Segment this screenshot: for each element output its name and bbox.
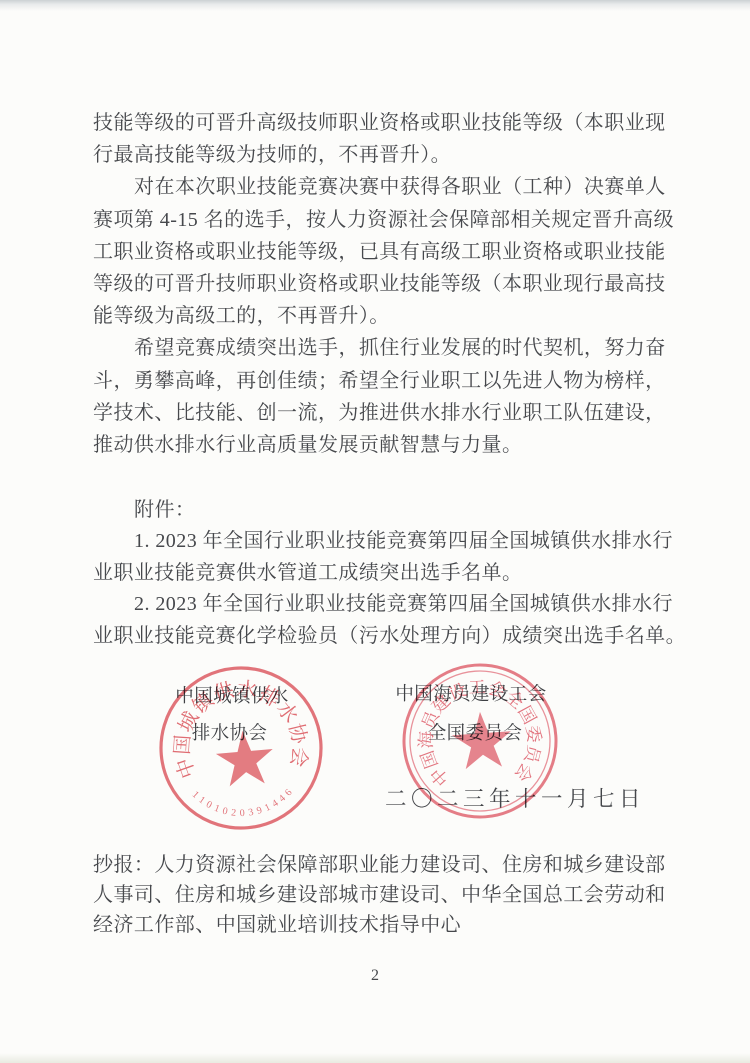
attachment-list: 附件： 1. 2023 年全国行业职业技能竞赛第四届全国城镇供水排水行 业职业技… — [93, 495, 693, 652]
cc-line: 人事司、住房和城乡建设部城市建设司、中华全国总工会劳动和 — [93, 880, 683, 910]
page-number: 2 — [340, 967, 410, 985]
left-red-seal-stamp-icon: 中国城镇供水排水协会 1101020391446 — [143, 650, 338, 845]
body-line: 对在本次职业技能竞赛决赛中获得各职业（工种）决赛单人 — [93, 171, 683, 203]
body-line: 斗，勇攀高峰，再创佳绩；希望全行业职工以先进人物为榜样， — [93, 365, 683, 397]
body-line: 赛项第 4-15 名的选手，按人力资源社会保障部相关规定晋升高级 — [93, 204, 683, 236]
body-line: 行最高技能等级为技师的，不再晋升）。 — [93, 139, 683, 171]
body-line: 工职业资格或职业技能等级，已具有高级工职业资格或职业技能 — [93, 236, 683, 268]
attachment-line: 业职业技能竞赛供水管道工成绩突出选手名单。 — [93, 558, 693, 589]
body-line: 学技术、比技能、创一流，为推进供水排水行业职工队伍建设， — [93, 397, 683, 429]
attachment-heading: 附件： — [93, 495, 693, 526]
body-line: 希望竞赛成绩突出选手，抓住行业发展的时代契机，努力奋 — [93, 332, 683, 364]
body-line: 推动供水排水行业高质量发展贡献智慧与力量。 — [93, 429, 683, 461]
cc-line: 抄报：人力资源社会保障部职业能力建设司、住房和城乡建设部 — [93, 850, 683, 880]
seal-left-star-icon — [214, 728, 276, 787]
body-paragraphs: 技能等级的可晋升高级技师职业资格或职业技能等级（本职业现 行最高技能等级为技师的… — [93, 107, 683, 461]
cc-line: 经济工作部、中国就业培训技术指导中心 — [93, 910, 683, 940]
attachment-line: 2. 2023 年全国行业职业技能竞赛第四届全国城镇供水排水行 — [93, 589, 693, 620]
right-red-seal-stamp-icon: 中国海员建设工会全国委员会 — [389, 650, 570, 831]
body-line: 技能等级的可晋升高级技师职业资格或职业技能等级（本职业现 — [93, 107, 683, 139]
attachment-line: 1. 2023 年全国行业职业技能竞赛第四届全国城镇供水排水行 — [93, 526, 693, 557]
scan-edge-top — [0, 0, 750, 11]
seal-right-star-icon — [451, 710, 514, 770]
document-page: 技能等级的可晋升高级技师职业资格或职业技能等级（本职业现 行最高技能等级为技师的… — [0, 0, 750, 1063]
cc-copy-to-block: 抄报：人力资源社会保障部职业能力建设司、住房和城乡建设部 人事司、住房和城乡建设… — [93, 850, 683, 941]
scan-edge-bottom — [0, 1053, 750, 1063]
body-line: 等级的可晋升技师职业资格或职业技能等级（本职业现行最高技 — [93, 268, 683, 300]
body-line: 能等级为高级工的，不再晋升）。 — [93, 300, 683, 332]
attachment-line: 业职业技能竞赛化学检验员（污水处理方向）成绩突出选手名单。 — [93, 621, 693, 652]
